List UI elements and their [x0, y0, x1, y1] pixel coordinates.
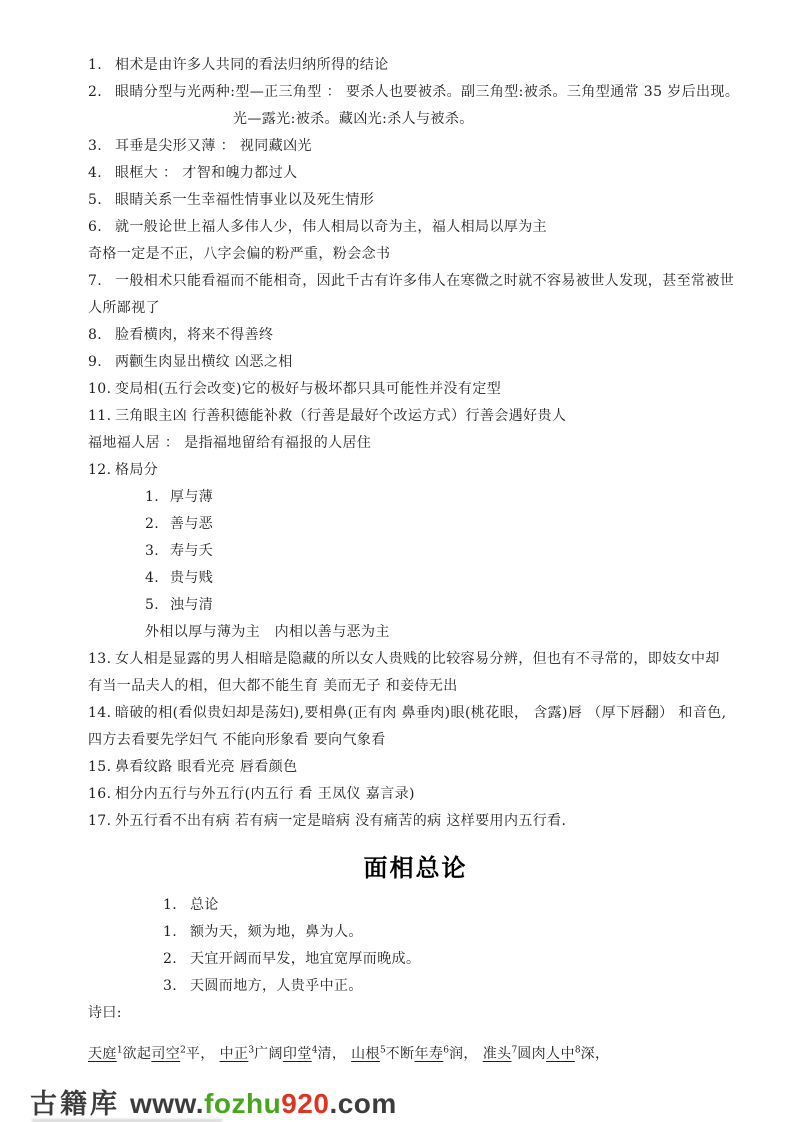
- item-text: 变局相(五行会改变)它的极好与极坏都只具可能性并没有定型: [115, 381, 501, 397]
- poem-text: 润，: [449, 1046, 483, 1062]
- list-item: 14.暗破的相(看似贵妇却是荡妇),要相鼻(正有肉 鼻垂肉)眼(桃花眼， 含露)…: [88, 700, 743, 727]
- item-text: 贵与贱: [170, 570, 213, 586]
- item-text: 眼睛关系一生幸福性情事业以及死生情形: [115, 192, 374, 208]
- list-item: 12.格局分: [88, 457, 743, 484]
- item-text: 暗破的相(看似贵妇却是荡妇),要相鼻(正有肉 鼻垂肉)眼(桃花眼， 含露)唇 （…: [115, 705, 726, 721]
- item-number: 3.: [163, 973, 190, 1000]
- url-segment: fozhu: [204, 1088, 281, 1119]
- watermark-footer: 古籍库www.fozhu920.com: [30, 1082, 397, 1118]
- item-number: 1.: [163, 919, 190, 946]
- poem-text: 圆肉: [517, 1046, 546, 1062]
- item-number: 2.: [163, 946, 190, 973]
- list-item: 8.脸看横肉，将来不得善终: [88, 322, 743, 349]
- paragraph-line: 福地福人居 ： 是指福地留给有福报的人居住: [88, 430, 743, 457]
- item-number: 3.: [145, 538, 170, 565]
- item-number: 14.: [88, 700, 115, 727]
- item-text: 有当一品夫人的相，但大都不能生育 美而无子 和妾侍无出: [88, 678, 458, 694]
- item-text: 眼睛分型与光两种:型—正三角型 ： 要杀人也要被杀。副三角型:被杀。三角型通常 …: [115, 84, 739, 100]
- item-number: 2.: [145, 511, 170, 538]
- url-segment: www.: [130, 1088, 204, 1119]
- item-text: 鼻看纹路 眼看光亮 唇看颜色: [115, 759, 298, 775]
- list-item: 4.贵与贱: [145, 565, 743, 592]
- item-number: 1.: [145, 484, 170, 511]
- item-text: 相术是由许多人共同的看法归纳所得的结论: [115, 57, 389, 73]
- list-item: 17.外五行看不出有病 若有病一定是暗病 没有痛苦的病 这样要用内五行看.: [88, 808, 743, 835]
- item-text: 眼框大 ： 才智和魄力都过人: [115, 165, 298, 181]
- item-number: 5.: [145, 592, 170, 619]
- item-number: 1.: [163, 892, 190, 919]
- list-item: 1.额为天，颏为地，鼻为人。: [163, 919, 743, 946]
- list-item: 3.寿与夭: [145, 538, 743, 565]
- item-text: 总论: [190, 897, 219, 913]
- item-number: 8.: [88, 322, 115, 349]
- underlined-term: 中正: [220, 1046, 249, 1062]
- underlined-term: 印堂: [283, 1046, 312, 1062]
- item-number: 16.: [88, 781, 115, 808]
- poem-text: 欲起: [123, 1046, 152, 1062]
- poem-line: 天庭1欲起司空2平， 中正3广阔印堂4清， 山根5不断年寿6润， 准头7圆肉人中…: [88, 1041, 743, 1068]
- paragraph-line: 光—露光:被杀。藏凶光:杀人与被杀。: [233, 106, 743, 133]
- url-segment: 920: [281, 1088, 329, 1119]
- item-text: 四方去看要先学妇气 不能向形象看 要向气象看: [88, 732, 386, 748]
- item-number: 13.: [88, 646, 115, 673]
- list-item: 1.相术是由许多人共同的看法归纳所得的结论: [88, 52, 743, 79]
- underlined-term: 准头: [483, 1046, 512, 1062]
- url-segment: .com: [329, 1088, 396, 1119]
- item-number: 7.: [88, 268, 115, 295]
- item-text: 一般相术只能看福而不能相奇，因此千古有许多伟人在寒微之时就不容易被世人发现，甚至…: [115, 273, 734, 289]
- notes-list: 1.相术是由许多人共同的看法归纳所得的结论2.眼睛分型与光两种:型—正三角型 ：…: [88, 52, 743, 835]
- item-number: 3.: [88, 133, 115, 160]
- list-item: 13.女人相是显露的男人相暗是隐藏的所以女人贵贱的比较容易分辨，但也有不寻常的，…: [88, 646, 743, 673]
- poem-text: 平，: [186, 1046, 220, 1062]
- paragraph-line: 奇格一定是不正，八字会偏的粉严重，粉会念书: [88, 241, 743, 268]
- poem-text: 广阔: [254, 1046, 283, 1062]
- list-item: 3.耳垂是尖形又薄 ： 视同藏凶光: [88, 133, 743, 160]
- item-number: 4.: [145, 565, 170, 592]
- item-text: 外五行看不出有病 若有病一定是暗病 没有痛苦的病 这样要用内五行看.: [115, 813, 566, 829]
- item-text: 善与恶: [170, 516, 213, 532]
- item-text: 寿与夭: [170, 543, 213, 559]
- list-item: 5.浊与清: [145, 592, 743, 619]
- item-number: 12.: [88, 457, 115, 484]
- item-number: 10.: [88, 376, 115, 403]
- item-text: 两颧生肉显出横纹 凶恶之相: [115, 354, 293, 370]
- list-item: 11.三角眼主凶 行善积德能补救（行善是最好个改运方式）行善会遇好贵人: [88, 403, 743, 430]
- item-number: 15.: [88, 754, 115, 781]
- list-item: 7.一般相术只能看福而不能相奇，因此千古有许多伟人在寒微之时就不容易被世人发现，…: [88, 268, 743, 295]
- item-text: 相分内五行与外五行(内五行 看 王凤仪 嘉言录): [115, 786, 415, 802]
- overview-list: 1.总论1.额为天，颏为地，鼻为人。2.天宜开阔而早发，地宜宽厚而晚成。3.天圆…: [88, 892, 743, 1000]
- list-item: 6.就一般论世上福人多伟人少，伟人相局以奇为主，福人相局以厚为主: [88, 214, 743, 241]
- list-item: 2.善与恶: [145, 511, 743, 538]
- list-item: 10.变局相(五行会改变)它的极好与极坏都只具可能性并没有定型: [88, 376, 743, 403]
- list-item: 2.眼睛分型与光两种:型—正三角型 ： 要杀人也要被杀。副三角型:被杀。三角型通…: [88, 79, 743, 106]
- item-text: 脸看横肉，将来不得善终: [115, 327, 273, 343]
- underlined-term: 年寿: [414, 1046, 443, 1062]
- item-number: 4.: [88, 160, 115, 187]
- list-item: 1.厚与薄: [145, 484, 743, 511]
- paragraph-line: 外相以厚与薄为主 内相以善与恶为主: [145, 619, 743, 646]
- item-text: 奇格一定是不正，八字会偏的粉严重，粉会念书: [88, 246, 390, 262]
- section-heading: 面相总论: [88, 853, 743, 885]
- item-text: 人所鄙视了: [88, 300, 160, 316]
- list-item: 1.总论: [163, 892, 743, 919]
- item-text: 女人相是显露的男人相暗是隐藏的所以女人贵贱的比较容易分辨，但也有不寻常的，即妓女…: [115, 651, 720, 667]
- paragraph-line: 人所鄙视了: [88, 295, 743, 322]
- item-text: 浊与清: [170, 597, 213, 613]
- underlined-term: 天庭: [88, 1046, 117, 1062]
- item-text: 外相以厚与薄为主 内相以善与恶为主: [145, 624, 390, 640]
- list-item: 16.相分内五行与外五行(内五行 看 王凤仪 嘉言录): [88, 781, 743, 808]
- list-item: 9.两颧生肉显出横纹 凶恶之相: [88, 349, 743, 376]
- item-number: 6.: [88, 214, 115, 241]
- list-item: 15.鼻看纹路 眼看光亮 唇看颜色: [88, 754, 743, 781]
- poem-text: 清，: [317, 1046, 351, 1062]
- item-number: 17.: [88, 808, 115, 835]
- paragraph-line: 四方去看要先学妇气 不能向形象看 要向气象看: [88, 727, 743, 754]
- poem-intro: 诗曰:: [88, 1000, 743, 1027]
- item-text: 三角眼主凶 行善积德能补救（行善是最好个改运方式）行善会遇好贵人: [115, 408, 566, 424]
- item-text: 天宜开阔而早发，地宜宽厚而晚成。: [190, 951, 420, 967]
- underlined-term: 司空: [151, 1046, 180, 1062]
- list-item: 3.天圆而地方，人贵乎中正。: [163, 973, 743, 1000]
- underlined-term: 山根: [351, 1046, 380, 1062]
- item-number: 9.: [88, 349, 115, 376]
- brand-text: 古籍库: [30, 1089, 120, 1119]
- item-number: 11.: [88, 403, 115, 430]
- poem-text: 深，: [581, 1046, 610, 1062]
- item-text: 天圆而地方，人贵乎中正。: [190, 978, 363, 994]
- document-page: 1.相术是由许多人共同的看法归纳所得的结论2.眼睛分型与光两种:型—正三角型 ：…: [0, 0, 793, 1068]
- item-text: 就一般论世上福人多伟人少，伟人相局以奇为主，福人相局以厚为主: [115, 219, 547, 235]
- paragraph-line: 有当一品夫人的相，但大都不能生育 美而无子 和妾侍无出: [88, 673, 743, 700]
- list-item: 2.天宜开阔而早发，地宜宽厚而晚成。: [163, 946, 743, 973]
- underlined-term: 人中: [546, 1046, 575, 1062]
- item-text: 额为天，颏为地，鼻为人。: [190, 924, 363, 940]
- item-number: 5.: [88, 187, 115, 214]
- item-text: 光—露光:被杀。藏凶光:杀人与被杀。: [233, 111, 474, 127]
- item-text: 耳垂是尖形又薄 ： 视同藏凶光: [115, 138, 312, 154]
- item-text: 福地福人居 ： 是指福地留给有福报的人居住: [88, 435, 371, 451]
- list-item: 5.眼睛关系一生幸福性情事业以及死生情形: [88, 187, 743, 214]
- website-url: www.fozhu920.com: [130, 1088, 397, 1119]
- item-text: 格局分: [115, 462, 158, 478]
- poem-text: 不断: [386, 1046, 415, 1062]
- item-text: 厚与薄: [170, 489, 213, 505]
- list-item: 4.眼框大 ： 才智和魄力都过人: [88, 160, 743, 187]
- item-number: 2.: [88, 79, 115, 106]
- item-number: 1.: [88, 52, 115, 79]
